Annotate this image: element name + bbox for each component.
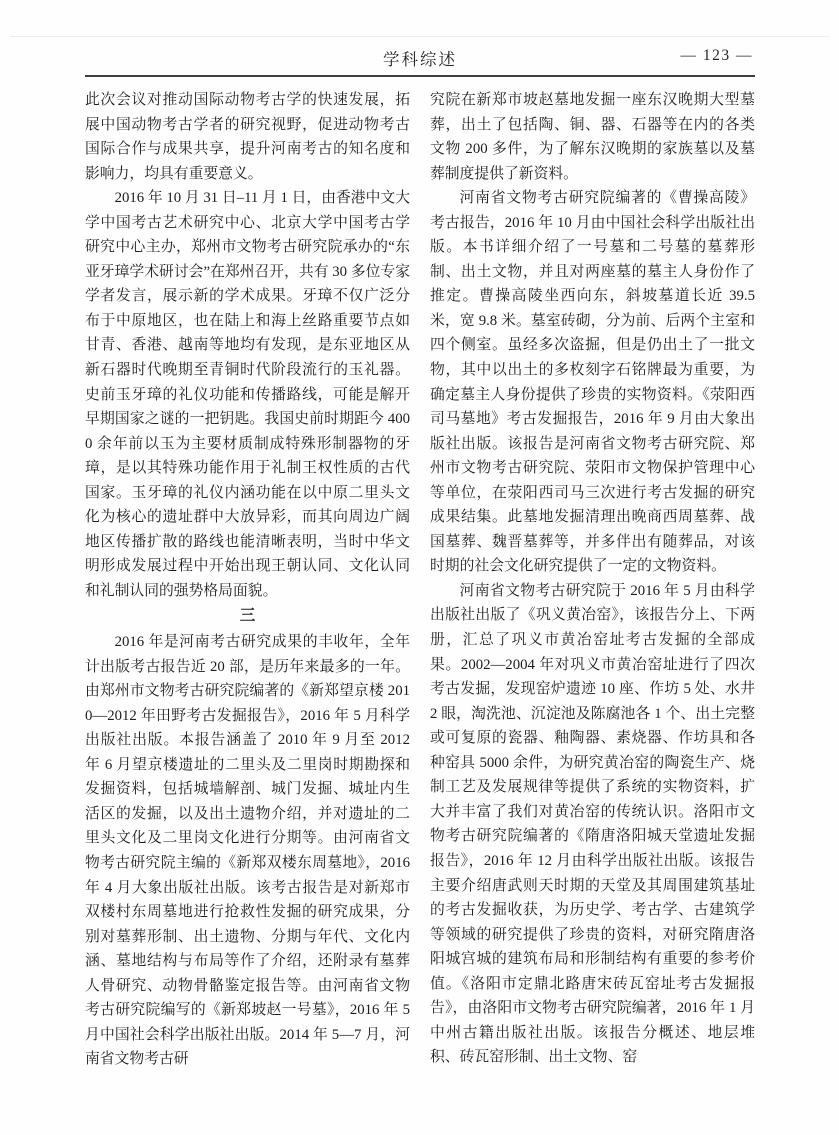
journal-page: 学科综述 — 123 — 此次会议对推动国际动物考古学的快速发展，拓展中国动物考… bbox=[0, 0, 839, 1135]
paragraph-2016-reports: 2016 年是河南考古研究成果的丰收年，全年计出版考古报告近 20 部，是历年来… bbox=[85, 630, 410, 1072]
header-rule bbox=[85, 75, 755, 77]
paragraph-continuation-meeting-significance: 此次会议对推动国际动物考古学的快速发展，拓展中国动物考古学者的研究视野，促进动物… bbox=[85, 88, 410, 186]
section-heading-three: 三 bbox=[85, 604, 410, 629]
paragraph-yazhang-symposium: 2016 年 10 月 31 日–11 月 1 日，由香港中文大学中国考古艺术研… bbox=[85, 186, 410, 603]
left-column: 此次会议对推动国际动物考古学的快速发展，拓展中国动物考古学者的研究视野，促进动物… bbox=[85, 88, 410, 1072]
paragraph-huangye-kiln-report: 河南省文物考古研究院于 2016 年 5 月由科学出版社出版了《巩义黄冶窑》，该… bbox=[430, 579, 755, 1070]
page-header: 学科综述 — 123 — bbox=[85, 46, 755, 68]
scan-edge-line bbox=[10, 36, 829, 37]
article-body: 此次会议对推动国际动物考古学的快速发展，拓展中国动物考古学者的研究视野，促进动物… bbox=[85, 88, 755, 1072]
paragraph-continuation-pozhao-tomb: 究院在新郑市坡赵墓地发掘一座东汉晚期大型墓葬，出土了包括陶、铜、器、石器等在内的… bbox=[430, 88, 755, 186]
page-number: — 123 — bbox=[681, 47, 754, 65]
running-head-section-title: 学科综述 bbox=[85, 46, 755, 70]
right-column: 究院在新郑市坡赵墓地发掘一座东汉晚期大型墓葬，出土了包括陶、铜、器、石器等在内的… bbox=[430, 88, 755, 1072]
paragraph-caocao-gaoling-report: 河南省文物考古研究院编著的《曹操高陵》考古报告，2016 年 10 月由中国社会… bbox=[430, 186, 755, 579]
